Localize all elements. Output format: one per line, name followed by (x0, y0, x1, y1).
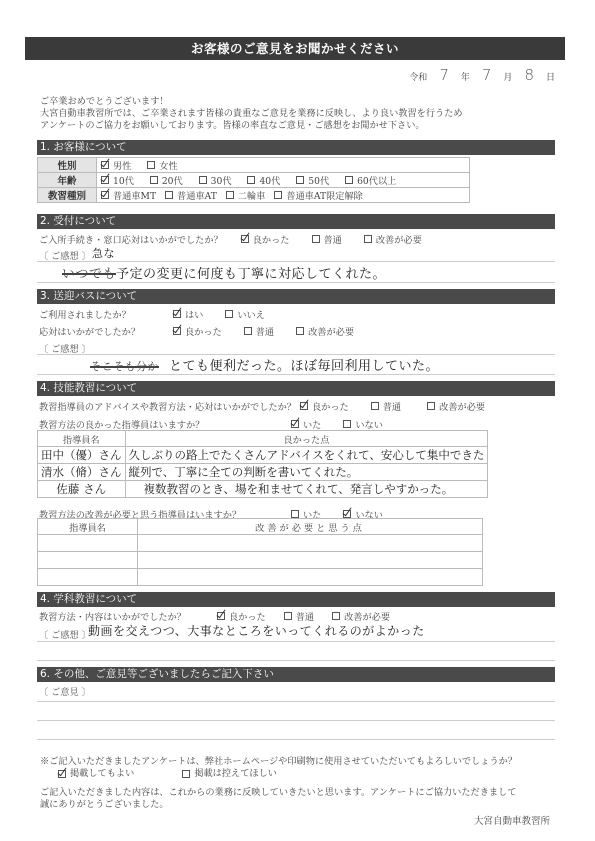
struck-text: そこそも分か (90, 360, 159, 373)
improve-point-cell[interactable] (138, 552, 483, 569)
option-needs-improvement[interactable]: 改善が必要 (296, 324, 354, 338)
option-label: 50代 (308, 173, 329, 187)
checkbox-icon[interactable] (165, 191, 173, 199)
checkbox-icon[interactable] (182, 770, 190, 778)
classroom-comment-field[interactable]: 動画を交えつつ、大事なところをいってくれるのがよかった (88, 622, 425, 639)
option-average[interactable]: 普通 (371, 399, 401, 413)
table-row (38, 569, 483, 586)
checkbox-icon[interactable] (274, 191, 282, 199)
option-female[interactable]: 女性 (147, 158, 177, 172)
checkbox-checked-icon[interactable] (291, 420, 299, 428)
checkbox-checked-icon[interactable] (173, 310, 181, 318)
option-average[interactable]: 普通 (284, 609, 314, 623)
gender-label: 性別 (38, 158, 97, 173)
date-month-value[interactable]: 7 (482, 66, 492, 84)
option-label: 普通車MT (113, 188, 156, 202)
option-needs-improvement[interactable]: 改善が必要 (364, 232, 422, 246)
good-instructor-row: 教習方法の良かった指導員はいますか？ いた いない (39, 417, 397, 431)
divider (37, 660, 555, 661)
good-instructor-table: 指導員名 良かった点 田中（優）さん 久しぶりの路上でたくさんアドバイスをくれて… (37, 430, 488, 498)
option-10s[interactable]: 10代 (101, 173, 134, 187)
reception-comment-label: 〔 ご感想 〕 (39, 248, 91, 262)
intro-line-3: アンケートのご協力をお願いしております。皆様の率直なご意見・ご感想をお聞かせ下さ… (40, 120, 560, 132)
reception-question-row: ご入所手続き・窓口応対はいかがでしたか？ 良かった 普通 改善が必要 (39, 232, 436, 246)
option-may-publish[interactable]: 掲載してもよい (58, 768, 134, 780)
table-row: 清水（脩）さん 縦列で、丁寧に全ての判断を書いてくれた。 (38, 464, 488, 481)
option-no[interactable]: いいえ (225, 307, 265, 321)
option-yes[interactable]: いた (291, 417, 321, 431)
reception-question: ご入所手続き・窓口応対はいかがでしたか？ (39, 232, 223, 246)
classroom-comment-label: 〔 ご感想 〕 (39, 627, 91, 641)
section-4-header: 4. 技能教習について (37, 381, 555, 396)
option-label: 普通車AT限定解除 (286, 188, 363, 202)
table-header: 指導員名 改善が必要と思う点 (38, 519, 483, 535)
option-motorcycle[interactable]: 二輪車 (226, 188, 266, 202)
gender-row: 性別 男性 女性 (38, 158, 470, 173)
col-improve-point: 改善が必要と思う点 (138, 519, 483, 535)
divider (37, 282, 555, 283)
option-label: 普通 (383, 399, 401, 413)
divider (37, 641, 555, 642)
col-instructor-name: 指導員名 (38, 519, 138, 535)
good-point-cell[interactable]: 複数教習のとき、場を和ませてくれて、発言しやすかった。 (125, 481, 488, 498)
form-title: お客様のご意見をお聞かせください (25, 37, 565, 60)
option-average[interactable]: 普通 (244, 324, 274, 338)
checkbox-checked-icon[interactable] (173, 327, 181, 335)
good-point-cell[interactable]: 縦列で、丁寧に全ての判断を書いてくれた。 (125, 464, 488, 481)
good-instructor-question: 教習方法の良かった指導員はいますか？ (39, 417, 291, 431)
section-1-header: 1. お客様について (37, 140, 555, 155)
course-type-row: 教習種別 普通車MT 普通車AT 二輪車 普通車AT限定解除 (38, 188, 470, 203)
option-good[interactable]: 良かった (300, 399, 349, 413)
classroom-question-row: 教習方法・内容はいかがでしたか？ 良かった 普通 改善が必要 (39, 609, 404, 623)
option-yes[interactable]: はい (173, 307, 203, 321)
improve-point-cell[interactable] (138, 535, 483, 552)
intro-line-1: ご卒業おめでとうございます！ (40, 96, 560, 108)
col-instructor-name: 指導員名 (38, 431, 126, 447)
option-label: 男性 (113, 158, 131, 172)
option-male[interactable]: 男性 (101, 158, 131, 172)
divider (37, 261, 555, 262)
section-2-header: 2. 受付について (37, 214, 555, 229)
instructor-name-cell[interactable] (38, 569, 138, 586)
option-label: 二輪車 (238, 188, 266, 202)
date-day-label: 日 (546, 70, 555, 83)
checkbox-icon[interactable] (312, 235, 320, 243)
comment-line[interactable] (37, 701, 555, 702)
struck-text: いつでも (62, 267, 116, 282)
option-label: 掲載は控えてほしい (194, 768, 277, 780)
option-label: 良かった (185, 324, 222, 338)
instructor-name-cell[interactable]: 田中（優）さん (38, 447, 126, 464)
instructor-name-cell[interactable]: 佐藤 さん (38, 481, 126, 498)
intro-line-2: 大宮自動車教習所では、ご卒業されます皆様の貴重なご意見を業務に反映し、より良い教… (40, 108, 560, 120)
age-row: 年齢 10代 20代 30代 40代 50代 60代以上 (38, 173, 470, 188)
option-no[interactable]: いない (343, 417, 383, 431)
option-label: 30代 (211, 173, 232, 187)
option-label: 普通 (256, 324, 274, 338)
section-6-header: 6. その他、ご意見等ございましたらご記入下さい (37, 667, 555, 682)
option-label: 良かった (229, 609, 266, 623)
bus-usage-row: ご利用されましたか？ はい いいえ (39, 307, 279, 321)
intro-text: ご卒業おめでとうございます！ 大宮自動車教習所では、ご卒業されます皆様の貴重なご… (40, 96, 560, 132)
comment-line[interactable] (37, 739, 555, 740)
checkbox-checked-icon[interactable] (101, 191, 109, 199)
option-label: 改善が必要 (376, 232, 422, 246)
bus-comment-text: とても便利だった。ほぼ毎回利用していた。 (169, 359, 439, 374)
checkbox-icon[interactable] (291, 510, 299, 518)
comment-line[interactable] (37, 720, 555, 721)
option-label: 良かった (312, 399, 349, 413)
checkbox-icon[interactable] (150, 176, 158, 184)
consent-options: 掲載してもよい 掲載は控えてほしい (40, 768, 517, 780)
option-label: 普通車AT (177, 188, 217, 202)
other-comment-label: 〔 ご意見 〕 (39, 684, 91, 698)
checkbox-icon[interactable] (364, 235, 372, 243)
option-average[interactable]: 普通 (312, 232, 342, 246)
course-type-label: 教習種別 (38, 188, 97, 203)
date-year-value[interactable]: 7 (439, 66, 449, 84)
option-label: 女性 (159, 158, 177, 172)
section-3-header: 3. 送迎バスについて (37, 289, 555, 304)
option-label: 改善が必要 (344, 609, 390, 623)
date-field: 令和 7 年 7 月 8 日 (409, 66, 555, 84)
checkbox-icon[interactable] (147, 161, 155, 169)
option-good[interactable]: 良かった (173, 324, 222, 338)
checkbox-icon[interactable] (343, 420, 351, 428)
table-header: 指導員名 良かった点 (38, 431, 488, 447)
option-50s[interactable]: 50代 (296, 173, 329, 187)
checkbox-checked-icon[interactable] (101, 176, 109, 184)
option-good[interactable]: 良かった (217, 609, 266, 623)
consent-question: ※ご記入いただきましたアンケートは、弊社ホームページや印刷物に使用させていただい… (40, 756, 517, 768)
checkbox-checked-icon[interactable] (343, 510, 351, 518)
date-month-label: 月 (503, 70, 512, 83)
option-needs-improvement[interactable]: 改善が必要 (427, 399, 485, 413)
checkbox-icon[interactable] (332, 612, 340, 620)
checkbox-checked-icon[interactable] (300, 402, 308, 410)
option-label: 普通 (324, 232, 342, 246)
option-label: 20代 (162, 173, 183, 187)
reception-comment-text: 予定の変更に何度も丁寧に対応してくれた。 (116, 267, 386, 282)
checkbox-checked-icon[interactable] (241, 235, 249, 243)
reception-comment-field[interactable]: いつでも予定の変更に何度も丁寧に対応してくれた。 (62, 263, 386, 282)
col-good-point: 良かった点 (125, 431, 488, 447)
option-good[interactable]: 良かった (241, 232, 290, 246)
consent-block: ※ご記入いただきましたアンケートは、弊社ホームページや印刷物に使用させていただい… (40, 756, 517, 780)
option-label: 普通 (296, 609, 314, 623)
option-standard-at[interactable]: 普通車AT (165, 188, 217, 202)
school-signature: 大宮自動車教習所 (474, 813, 550, 827)
option-label: 40代 (259, 173, 280, 187)
instructor-rating-question: 教習指導員のアドバイスや教習方法・応対はいかがでしたか？ (39, 399, 296, 413)
bus-usage-question: ご利用されましたか？ (39, 307, 173, 321)
bus-comment-field[interactable]: そこそも分かとても便利だった。ほぼ毎回利用していた。 (90, 355, 439, 374)
option-20s[interactable]: 20代 (150, 173, 183, 187)
checkbox-icon[interactable] (226, 191, 234, 199)
option-label: 掲載してもよい (70, 768, 134, 780)
bus-service-row: 応対はいかがでしたか？ 良かった 普通 改善が必要 (39, 324, 368, 338)
age-label: 年齢 (38, 173, 97, 188)
option-label: いいえ (237, 307, 265, 321)
date-day-value[interactable]: 8 (524, 66, 534, 84)
instructor-name-cell[interactable]: 清水（脩）さん (38, 464, 126, 481)
checkbox-checked-icon[interactable] (58, 770, 66, 778)
good-point-cell[interactable]: 久しぶりの路上でたくさんアドバイスをくれて、安心して集中できた (125, 447, 488, 464)
checkbox-icon[interactable] (244, 327, 252, 335)
option-label: はい (185, 307, 203, 321)
option-40s[interactable]: 40代 (247, 173, 280, 187)
option-do-not-publish[interactable]: 掲載は控えてほしい (182, 768, 277, 780)
checkbox-icon[interactable] (225, 310, 233, 318)
option-label: 60代以上 (357, 173, 396, 187)
table-row (38, 552, 483, 569)
instructor-name-cell[interactable] (38, 552, 138, 569)
option-label: 良かった (253, 232, 290, 246)
bus-service-question: 応対はいかがでしたか？ (39, 324, 173, 338)
improve-point-cell[interactable] (138, 569, 483, 586)
option-60s-plus[interactable]: 60代以上 (345, 173, 396, 187)
checkbox-icon[interactable] (284, 612, 292, 620)
checkbox-checked-icon[interactable] (217, 612, 225, 620)
date-era: 令和 (409, 70, 427, 83)
instructor-rating-row: 教習指導員のアドバイスや教習方法・応対はいかがでしたか？ 良かった 普通 改善が… (39, 399, 499, 413)
thanks-line-2: 誠にありがとうございました。 (40, 799, 560, 811)
improve-instructor-table: 指導員名 改善が必要と思う点 (37, 518, 483, 586)
table-row (38, 535, 483, 552)
option-needs-improvement[interactable]: 改善が必要 (332, 609, 390, 623)
date-year-label: 年 (461, 70, 470, 83)
checkbox-icon[interactable] (199, 176, 207, 184)
thanks-text: ご記入いただきました内容は、これからの業務に反映していきたいと思います。アンケー… (40, 787, 560, 811)
bus-comment-label: 〔 ご感想 〕 (39, 341, 91, 355)
option-label: いた (303, 417, 321, 431)
checkbox-icon[interactable] (296, 327, 304, 335)
option-30s[interactable]: 30代 (199, 173, 232, 187)
divider (37, 374, 555, 375)
option-standard-mt[interactable]: 普通車MT (101, 188, 156, 202)
reception-comment-insert: 急な (92, 245, 115, 261)
table-row: 田中（優）さん 久しぶりの路上でたくさんアドバイスをくれて、安心して集中できた (38, 447, 488, 464)
checkbox-icon[interactable] (427, 402, 435, 410)
checkbox-icon[interactable] (345, 176, 353, 184)
option-label: 改善が必要 (439, 399, 485, 413)
customer-info-table: 性別 男性 女性 年齢 10代 20代 30代 40代 50代 60代以上 教習… (37, 157, 470, 203)
classroom-question: 教習方法・内容はいかがでしたか？ (39, 609, 217, 623)
table-row: 佐藤 さん 複数教習のとき、場を和ませてくれて、発言しやすかった。 (38, 481, 488, 498)
instructor-name-cell[interactable] (38, 535, 138, 552)
checkbox-icon[interactable] (296, 176, 304, 184)
option-label: 改善が必要 (308, 324, 354, 338)
section-5-header: 4. 学科教習について (37, 592, 555, 607)
checkbox-checked-icon[interactable] (101, 161, 109, 169)
thanks-line-1: ご記入いただきました内容は、これからの業務に反映していきたいと思います。アンケー… (40, 787, 560, 799)
option-label: 10代 (113, 173, 134, 187)
checkbox-icon[interactable] (371, 402, 379, 410)
checkbox-icon[interactable] (247, 176, 255, 184)
option-label: いない (355, 417, 383, 431)
option-at-limit-removal[interactable]: 普通車AT限定解除 (274, 188, 363, 202)
